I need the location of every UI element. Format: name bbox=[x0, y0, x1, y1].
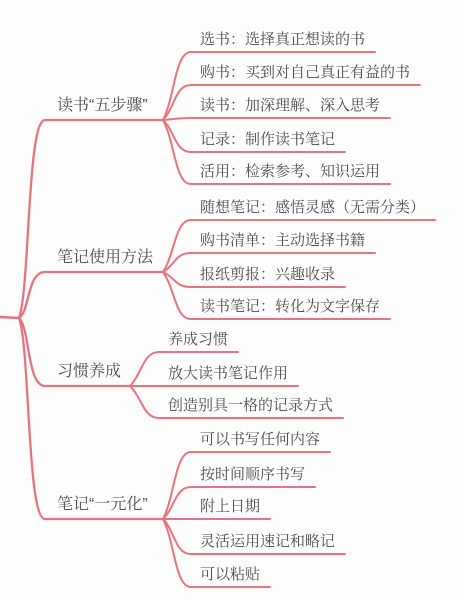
subtopic-label[interactable]: 购书清单：主动选择书籍 bbox=[200, 231, 365, 251]
subtopic-label[interactable]: 读书笔记：转化为文字保存 bbox=[200, 297, 380, 317]
subtopic-label[interactable]: 购书：买到对自己真正有益的书 bbox=[200, 63, 410, 83]
mindmap-canvas: 读书“五步骤”选书：选择真正想读的书购书：买到对自己真正有益的书读书：加深理解、… bbox=[0, 0, 463, 600]
trunk-curve bbox=[19, 318, 45, 386]
subtopic-label[interactable]: 可以粘贴 bbox=[200, 565, 260, 585]
branch-topic[interactable]: 笔记使用方法 bbox=[57, 248, 153, 268]
trunk-curve bbox=[19, 318, 45, 519]
subtopic-label[interactable]: 可以书写任何内容 bbox=[200, 430, 320, 450]
subtopic-label[interactable]: 按时间顺序书写 bbox=[200, 465, 305, 485]
subtopic-label[interactable]: 读书：加深理解、深入思考 bbox=[200, 96, 380, 116]
child-curve bbox=[163, 272, 191, 319]
branch-topic[interactable]: 读书“五步骤” bbox=[57, 96, 148, 116]
branch-topic[interactable]: 习惯养成 bbox=[57, 362, 121, 382]
subtopic-label[interactable]: 养成习惯 bbox=[168, 330, 228, 350]
child-curve bbox=[163, 220, 191, 272]
child-curve bbox=[163, 519, 191, 554]
child-curve bbox=[163, 85, 191, 120]
subtopic-label[interactable]: 报纸剪报：兴趣收录 bbox=[200, 265, 335, 285]
child-curve bbox=[163, 487, 191, 519]
subtopic-label[interactable]: 放大读书笔记作用 bbox=[168, 364, 288, 384]
child-curve bbox=[163, 120, 191, 152]
subtopic-label[interactable]: 灵活运用速记和略记 bbox=[200, 532, 335, 552]
branch-topic[interactable]: 笔记“一元化” bbox=[57, 495, 148, 515]
subtopic-label[interactable]: 随想笔记：感悟灵感（无需分类） bbox=[200, 198, 425, 218]
subtopic-label[interactable]: 创造别具一格的记录方式 bbox=[168, 396, 333, 416]
root-stub-line bbox=[0, 317, 19, 318]
subtopic-label[interactable]: 记录：制作读书笔记 bbox=[200, 130, 335, 150]
trunk-curve bbox=[19, 120, 45, 318]
child-curve bbox=[163, 118, 191, 120]
subtopic-label[interactable]: 选书：选择真正想读的书 bbox=[200, 30, 365, 50]
child-curve bbox=[130, 386, 159, 418]
child-curve bbox=[163, 452, 191, 519]
child-curve bbox=[130, 352, 159, 386]
subtopic-label[interactable]: 附上日期 bbox=[200, 497, 260, 517]
subtopic-label[interactable]: 活用：检索参考、知识运用 bbox=[200, 162, 380, 182]
